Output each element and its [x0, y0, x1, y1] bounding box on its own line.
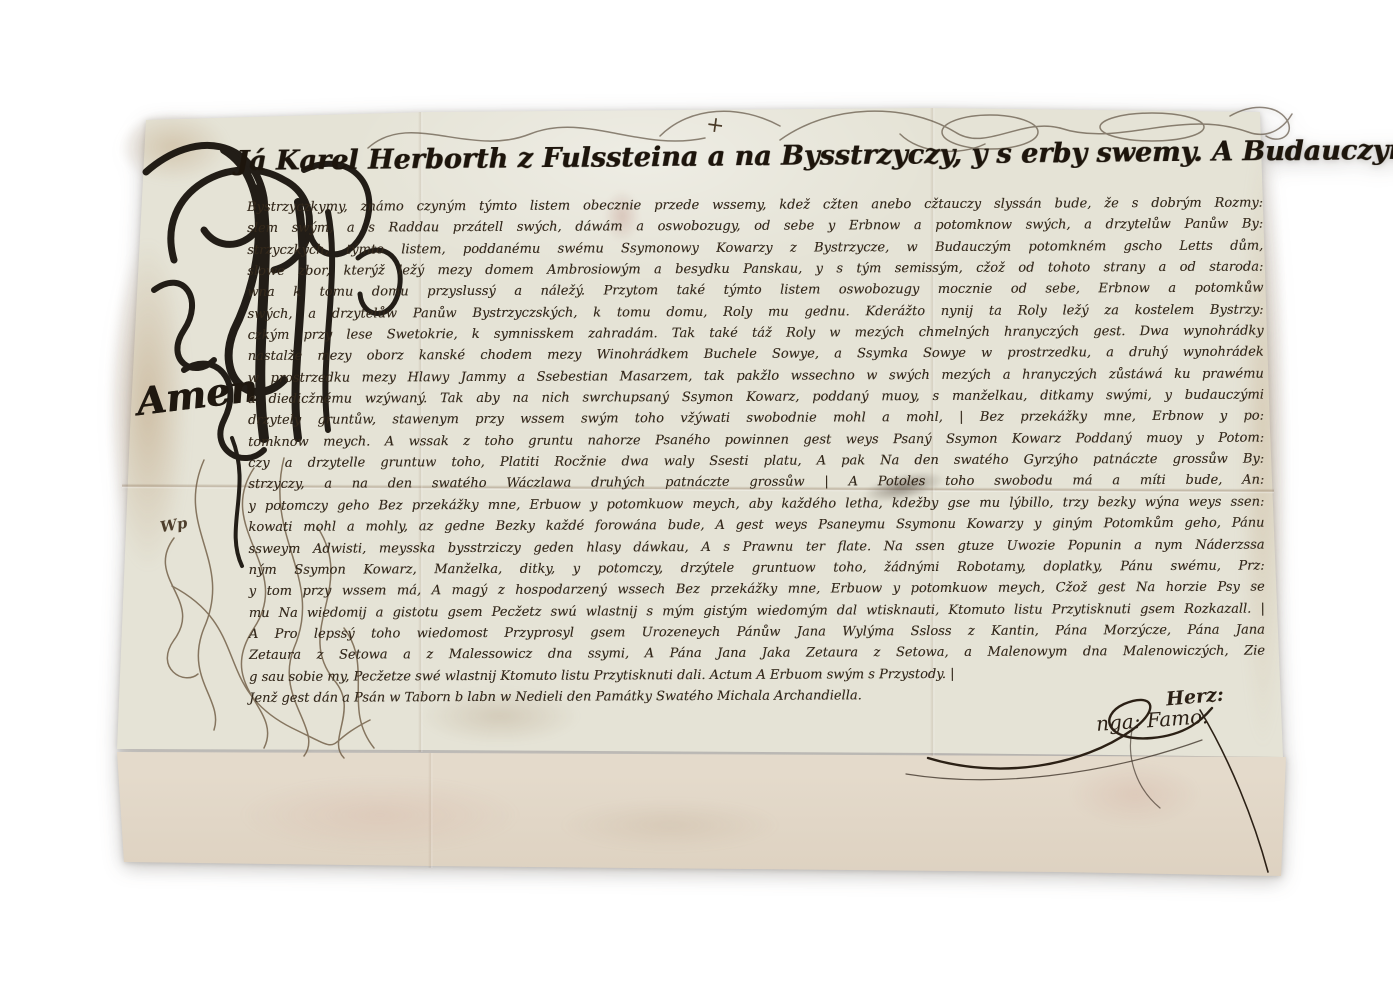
signature-swoosh	[900, 680, 1300, 880]
body-text: Bystrzyczkymy, známo czyným týmto listem…	[247, 193, 1265, 710]
manuscript-photo: +	[0, 0, 1393, 993]
parchment-wrapper: +	[0, 0, 1393, 993]
body-line: Jenž gest dán a Psán w Taborn b labn w N…	[249, 685, 899, 709]
body-line: Zetaura z Setowa a z Malessowicz dna ssy…	[249, 641, 1265, 667]
cross-mark: +	[704, 112, 726, 139]
